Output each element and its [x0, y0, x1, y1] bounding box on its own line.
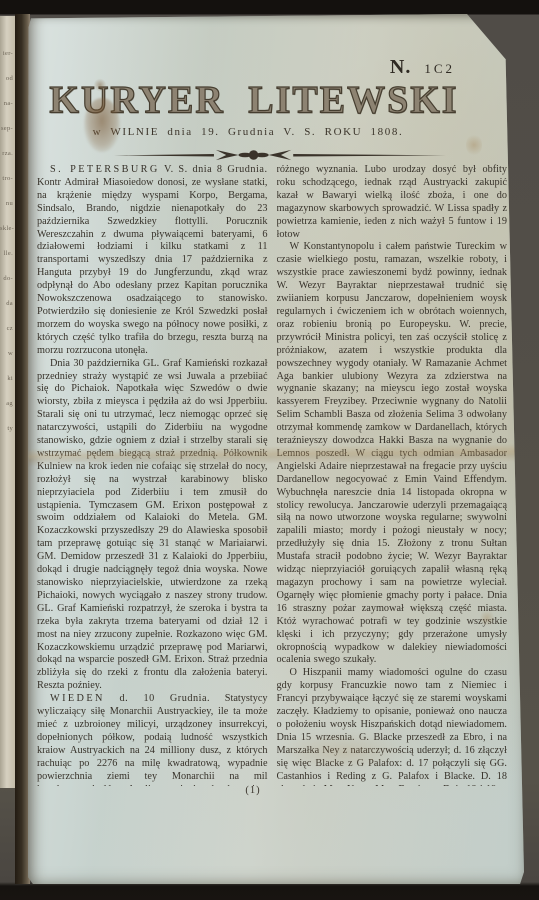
paragraph: Dnia 30 października GL. Graf Kamieński …: [37, 358, 268, 694]
paragraph-lead-date: d. 10 Grudnia.: [120, 693, 211, 704]
paragraph: różnego wyznania. Lubo urodzay dosyć był…: [277, 164, 508, 241]
page-number: (1): [37, 785, 469, 796]
issue-number: N. 1C2: [390, 56, 455, 79]
paragraph-lead-date: V. S. dnia 8 Grudnia.: [164, 164, 268, 175]
adjacent-page-edge: ier-odna-sep-rza.tro-nuskle-lle.do-daczw…: [0, 16, 15, 788]
paragraph: W Konstantynopolu i całem państwie Turec…: [277, 241, 508, 667]
edge-text-fragment: rza.: [0, 150, 13, 158]
issue-label: N.: [390, 56, 411, 79]
paragraph-lead: S. PETERSBURG: [50, 164, 160, 175]
paragraph: S. PETERSBURG V. S. dnia 8 Grudnia. Kont…: [37, 164, 268, 358]
text-columns: S. PETERSBURG V. S. dnia 8 Grudnia. Kont…: [37, 164, 507, 786]
edge-text-fragment: sep-: [0, 125, 13, 133]
book-gutter-shadow: [15, 14, 30, 884]
edge-text-fragment: od: [0, 75, 13, 83]
edge-text-fragment: tro-: [0, 175, 13, 183]
newspaper-page: N. 1C2 KURYER LITEWSKI w WILNIE dnia 19.…: [28, 14, 524, 884]
column-left: S. PETERSBURG V. S. dnia 8 Grudnia. Kont…: [37, 164, 268, 786]
edge-text-fragment: do-: [0, 275, 13, 283]
issue-value: 1C2: [424, 61, 455, 77]
edge-text-fragment: ier-: [0, 50, 13, 58]
dateline: w WILNIE dnia 19. Grudnia V. S. ROKU 180…: [28, 126, 468, 138]
column-right: różnego wyznania. Lubo urodzay dosyć był…: [277, 164, 508, 786]
edge-text-fragment: cz: [0, 325, 13, 333]
edge-text-fragment: da: [0, 300, 13, 308]
fox-spot: [466, 134, 482, 156]
edge-text-fragment: ki: [0, 375, 13, 383]
paragraph-lead: WIEDEN: [50, 693, 105, 704]
edge-text-fragment: ty: [0, 425, 13, 433]
edge-text-fragment: na-: [0, 100, 13, 108]
divider-ornament: [112, 146, 448, 164]
edge-text-fragment: lle.: [0, 250, 13, 258]
edge-text-fragment: ag: [0, 400, 13, 408]
edge-text-fragment: skle-: [0, 225, 13, 233]
masthead-title: KURYER LITEWSKI: [28, 77, 480, 123]
paragraph: O Hiszpanii mamy wiadomości ogulne do cz…: [277, 667, 508, 786]
scan-background: ier-odna-sep-rza.tro-nuskle-lle.do-daczw…: [0, 0, 539, 900]
edge-text-fragment: nu: [0, 200, 13, 208]
edge-text-fragment: w: [0, 350, 13, 358]
paragraph: WIEDEN d. 10 Grudnia. Statystycy wylicza…: [37, 693, 268, 786]
